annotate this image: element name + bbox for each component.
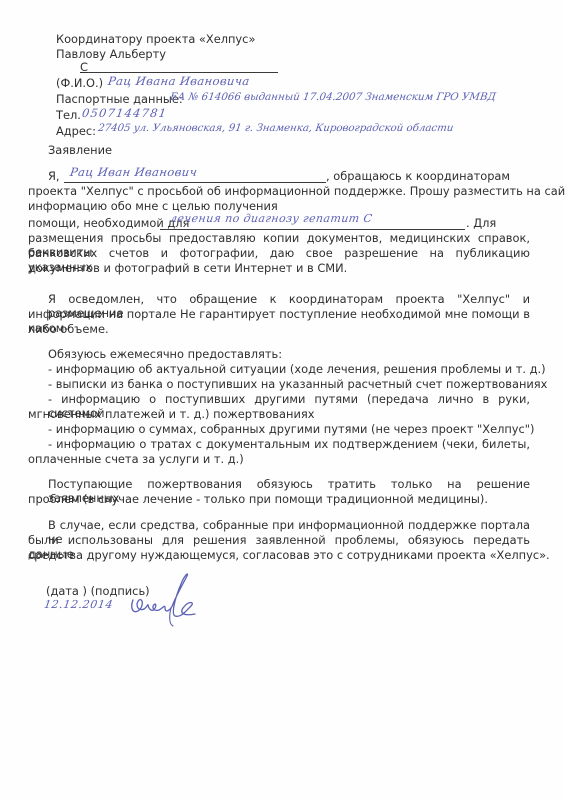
- from-prefix: С: [80, 60, 88, 74]
- fio-label: (Ф.И.О.): [56, 76, 103, 90]
- spending-line-2: проблем (в случае лечение - только при п…: [28, 492, 488, 506]
- signature-icon: [125, 570, 205, 630]
- name-underline: [64, 182, 326, 183]
- document-title: Заявление: [48, 143, 112, 157]
- address-label: Адрес:: [56, 124, 96, 138]
- from-underline: [88, 72, 278, 73]
- i-prefix: Я,: [48, 169, 60, 183]
- obligation-item: - информацию об актуальной ситуации (ход…: [48, 362, 546, 376]
- obligation-item-continuation: мгновенных платежей и т. д.) пожертвован…: [28, 407, 314, 421]
- obligation-item: - информацию о суммах, собранных другими…: [48, 422, 535, 436]
- addressee-line-1: Координатору проекта «Хелпус»: [56, 32, 255, 46]
- passport-handwritten: ЕА № 614066 выданный 17.04.2007 Знаменск…: [169, 90, 497, 104]
- purpose-underline: [160, 229, 465, 230]
- obligation-item-continuation: оплаченные счета за услуги и т. д.): [28, 452, 244, 466]
- statement-line-7: документов и фотографий в сети Интернет …: [28, 261, 347, 275]
- passport-label: Паспортные данные:: [56, 92, 183, 106]
- obligation-item: - выписки из банка о поступивших на указ…: [48, 377, 547, 391]
- obligations-intro: Обязуюсь ежемесячно предоставлять:: [48, 347, 282, 361]
- address-handwritten: 27405 ул. Ульяновская, 91 г. Знаменка, К…: [97, 122, 454, 136]
- purpose-handwritten: лечения по диагнозу гепатит С: [169, 212, 373, 226]
- phone-label: Тел.: [56, 108, 81, 122]
- statement-line-4-prefix: помощи, необходимой для: [28, 216, 189, 230]
- fio-handwritten: Рац Ивана Ивановича: [107, 74, 251, 88]
- statement-line-2: проекта "Хелпус" с просьбой об информаци…: [28, 184, 553, 198]
- statement-line-4-suffix: . Для: [466, 216, 496, 230]
- transfer-line-3: средства другому нуждающемуся, согласова…: [28, 548, 550, 562]
- obligation-item: - информацию о тратах с документальным и…: [48, 437, 530, 451]
- statement-line-1-suffix: , обращаюсь к координаторам: [326, 169, 510, 183]
- notice-line-3: либо объеме.: [28, 322, 109, 336]
- addressee-line-2: Павлову Альберту: [56, 47, 166, 61]
- date-handwritten: 12.12.2014: [43, 598, 114, 612]
- applicant-name-handwritten: Рац Иван Иванович: [69, 165, 198, 179]
- scanned-application-page: Координатору проекта «Хелпус» Павлову Ал…: [0, 0, 565, 800]
- phone-handwritten: 0507144781: [81, 106, 168, 120]
- statement-line-3: информацию обо мне с целью получения: [28, 199, 278, 213]
